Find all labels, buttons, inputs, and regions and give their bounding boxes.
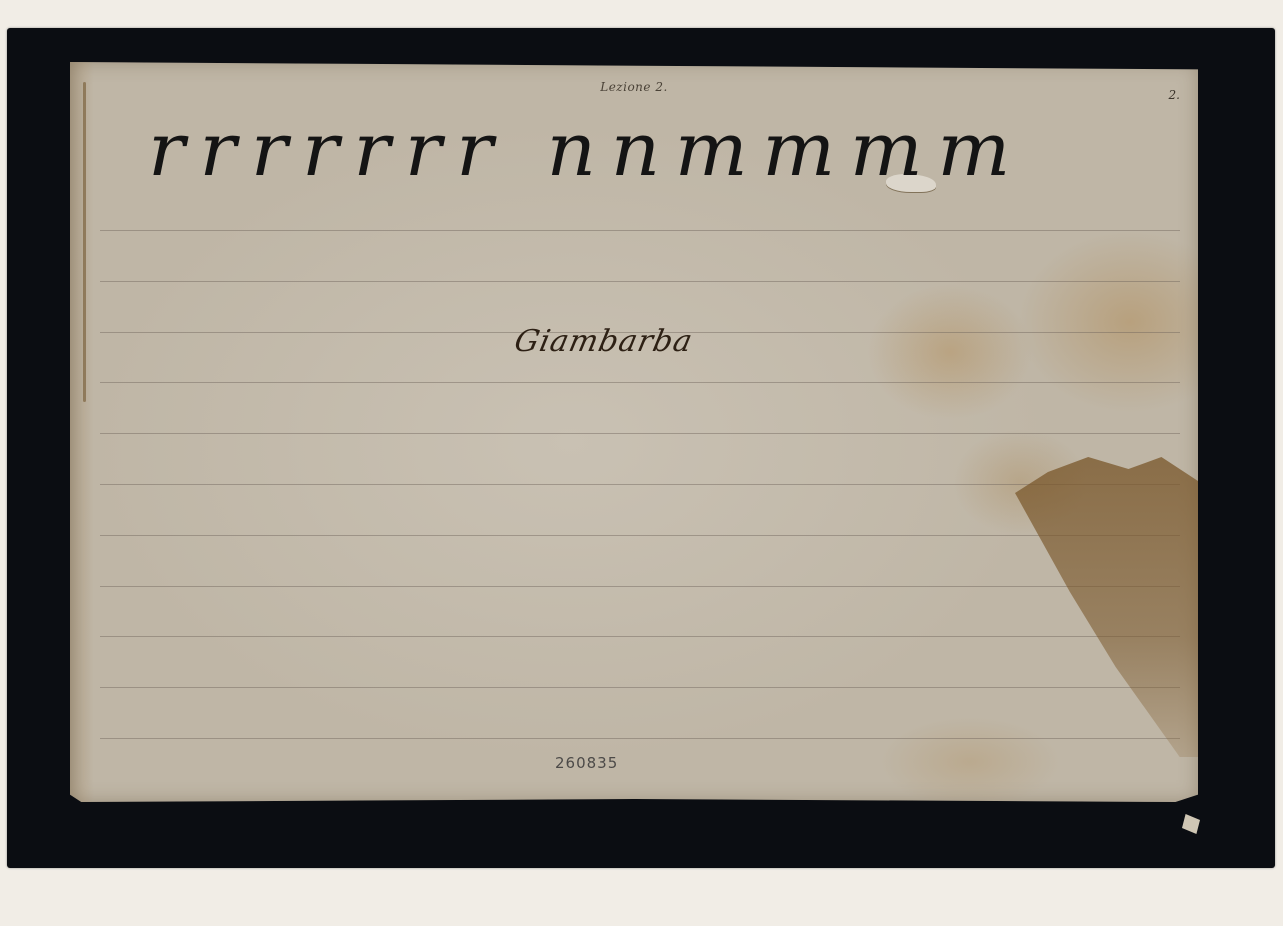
ruled-line <box>100 738 1180 739</box>
ruled-line <box>100 586 1180 587</box>
water-stain <box>1015 457 1198 757</box>
ruled-line <box>100 433 1180 434</box>
ruled-line <box>100 535 1180 536</box>
left-fold-margin <box>70 62 94 802</box>
handwritten-signature: Giambarba <box>511 324 696 359</box>
archive-number: 260835 <box>555 754 618 772</box>
ruled-line <box>100 281 1180 282</box>
ruled-line <box>100 636 1180 637</box>
ruled-line <box>100 230 1180 231</box>
exercise-sheet: Lezione 2. 2. rrrrrrr nnmmmm Giambarba 2… <box>70 62 1198 802</box>
fold-crease <box>83 82 86 402</box>
ruled-line <box>100 687 1180 688</box>
page-number: 2. <box>1169 88 1180 102</box>
model-letters: rrrrrrr nnmmmm <box>148 110 1167 190</box>
ruled-line <box>100 382 1180 383</box>
ruled-line <box>100 484 1180 485</box>
lesson-label: Lezione 2. <box>70 80 1198 94</box>
